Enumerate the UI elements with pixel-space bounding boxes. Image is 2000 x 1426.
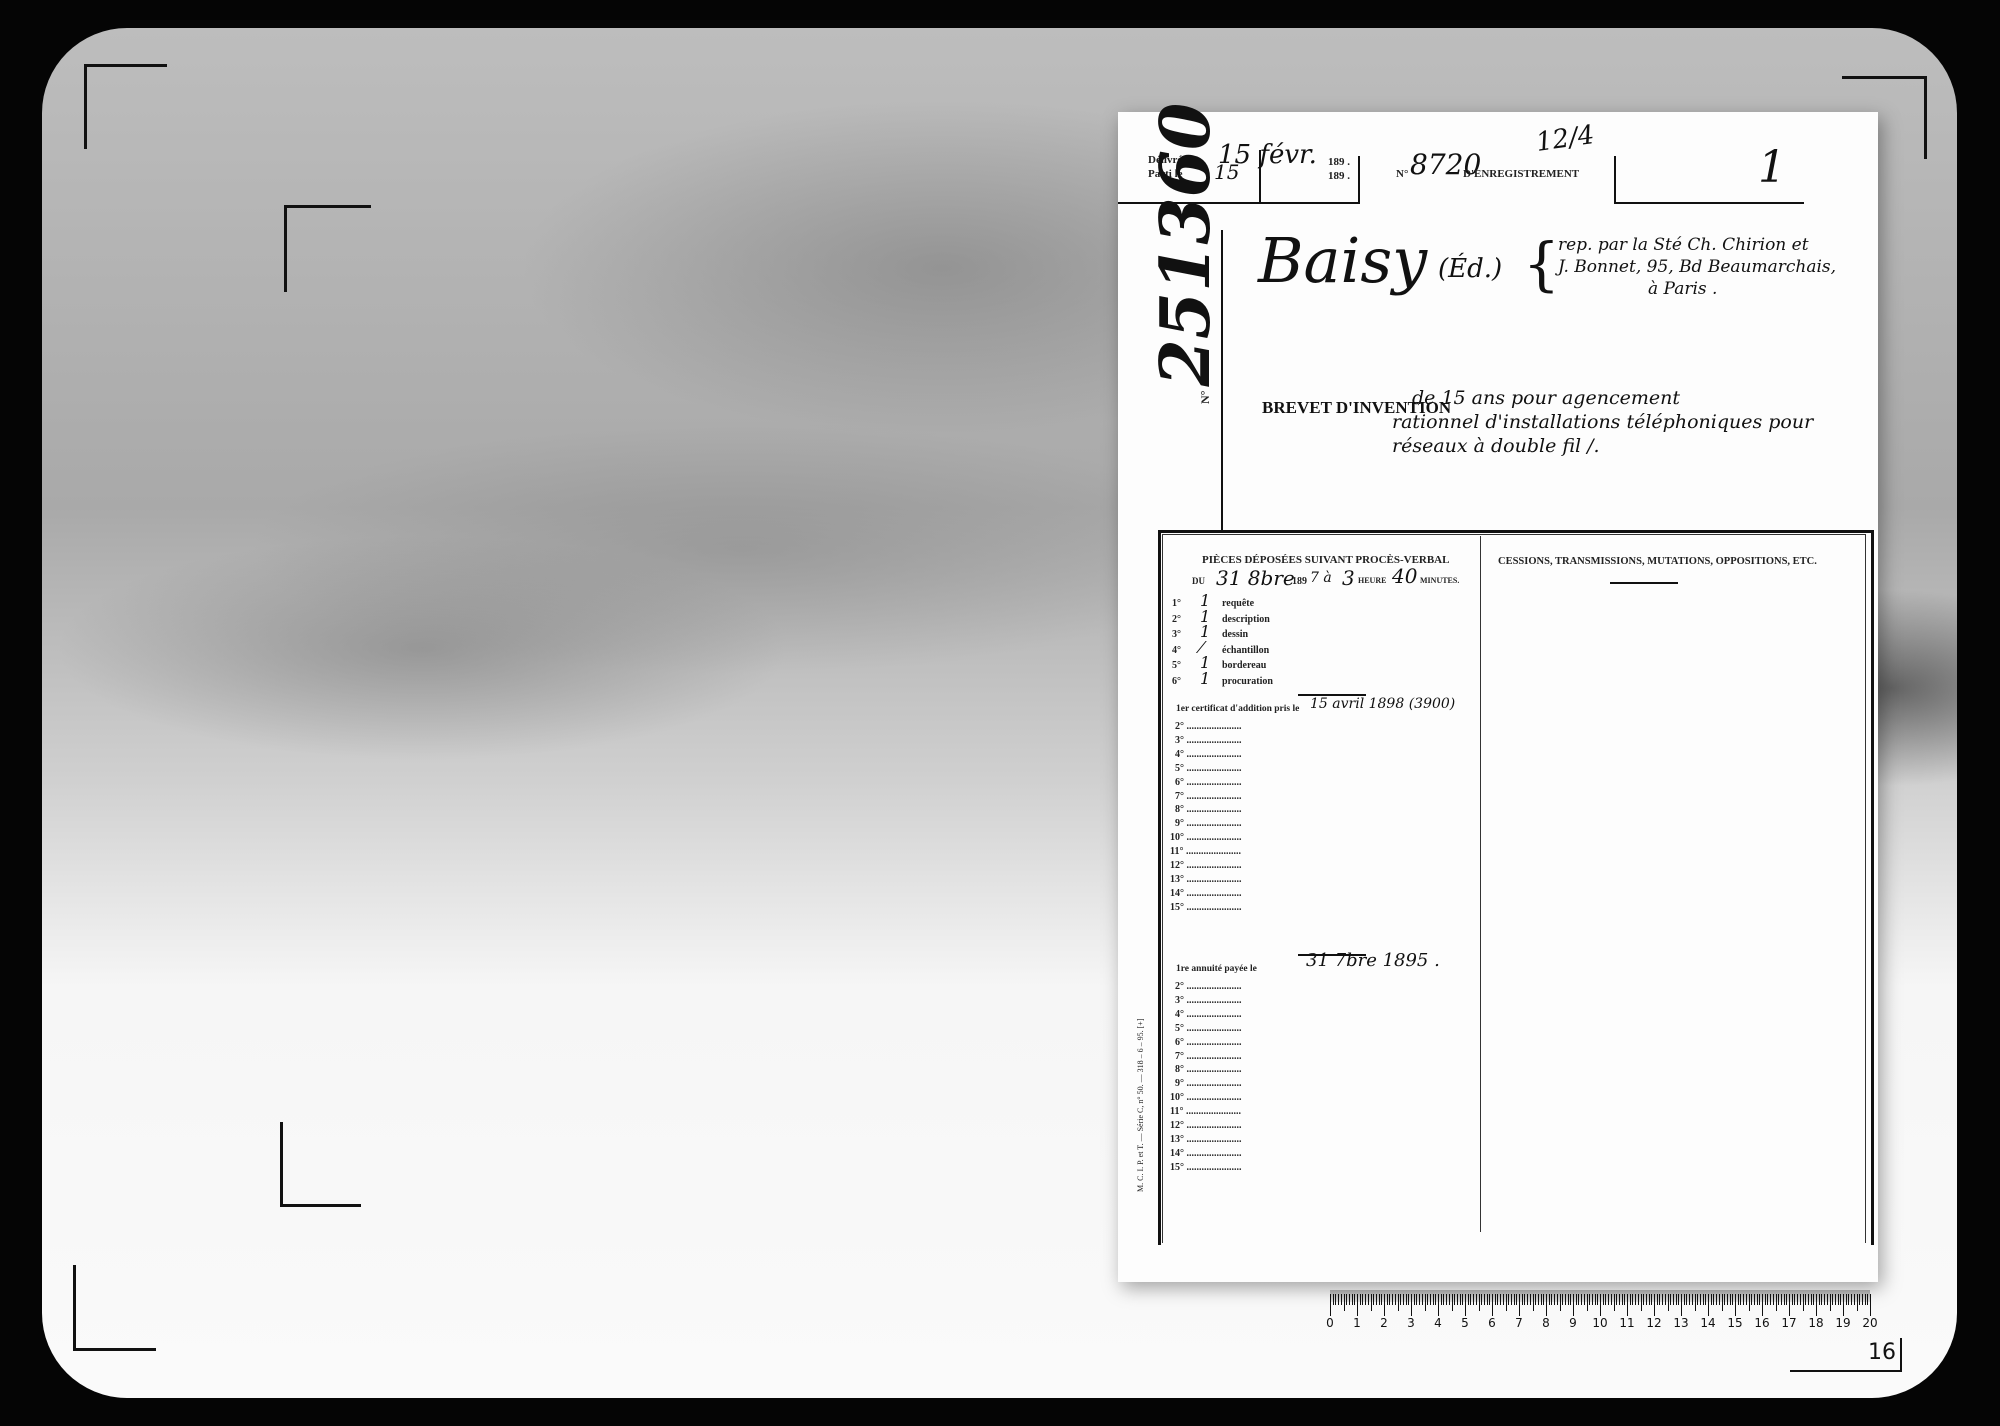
patent-number-block: N° 251360 xyxy=(1146,103,1226,404)
annuity-list: 2° ...................... 3° ...........… xyxy=(1170,980,1242,1175)
piece-num: 1° xyxy=(1172,596,1181,612)
fraction-note: 12/4 xyxy=(1534,120,1596,158)
column-divider xyxy=(1480,536,1481,1232)
annuity-first-label: 1re annuité payée le xyxy=(1176,964,1257,974)
register-frame-inner xyxy=(1162,534,1866,1243)
ruler-label: 7 xyxy=(1515,1316,1523,1330)
piece-label: procuration xyxy=(1222,674,1273,690)
dotted-row: 3° ...................... xyxy=(1170,994,1242,1008)
patent-document: Délivré le 15 févr. 189 . Parti le 15 18… xyxy=(1118,112,1878,1282)
dotted-row: 8° ...................... xyxy=(1170,803,1242,817)
dotted-row: 15° ...................... xyxy=(1170,1161,1242,1175)
dotted-row: 5° ...................... xyxy=(1170,1022,1242,1036)
dotted-row: 6° ...................... xyxy=(1170,776,1242,790)
piece-label: échantillon xyxy=(1222,643,1269,659)
title-line-3: réseaux à double fil /. xyxy=(1392,434,1813,458)
ruler-label: 13 xyxy=(1673,1316,1688,1330)
minutes-label: MINUTES. xyxy=(1420,576,1459,585)
corner-mark-bottom-left-inner xyxy=(280,1122,361,1207)
ruler-label: 5 xyxy=(1461,1316,1469,1330)
ruler-label: 17 xyxy=(1781,1316,1796,1330)
piece-num: 6° xyxy=(1172,674,1181,690)
dotted-row: 6° ...................... xyxy=(1170,1036,1242,1050)
dotted-row: 7° ...................... xyxy=(1170,1050,1242,1064)
ruler-label: 6 xyxy=(1488,1316,1496,1330)
pieces-year: 189 xyxy=(1292,576,1307,587)
corner-mark-top-left-outer xyxy=(84,64,167,149)
certificate-list: 2° ...................... 3° ...........… xyxy=(1170,720,1242,915)
ruler-label: 9 xyxy=(1569,1316,1577,1330)
piece-label: dessin xyxy=(1222,627,1248,643)
corner-mark-top-left-inner xyxy=(284,205,371,292)
dotted-row: 4° ...................... xyxy=(1170,748,1242,762)
ruler-label: 18 xyxy=(1808,1316,1823,1330)
dotted-row: 9° ...................... xyxy=(1170,1077,1242,1091)
ruler-label: 20 xyxy=(1862,1316,1877,1330)
registration-prefix: N° xyxy=(1396,168,1408,180)
patent-number-prefix: N° xyxy=(1198,391,1212,404)
piece-label: requête xyxy=(1222,596,1254,612)
piece-num: 3° xyxy=(1172,627,1181,643)
certificate-first-label: 1er certificat d'addition pris le xyxy=(1176,704,1299,714)
du-label: DU xyxy=(1192,576,1205,586)
pieces-year-suffix: 7 à xyxy=(1310,570,1332,586)
dotted-row: 13° ...................... xyxy=(1170,873,1242,887)
dotted-row: 9° ...................... xyxy=(1170,817,1242,831)
scale-ruler: 01234567891011121314151617181920 xyxy=(1330,1290,1870,1330)
dotted-row: 7° ...................... xyxy=(1170,790,1242,804)
dotted-row: 13° ...................... xyxy=(1170,1133,1242,1147)
holder-brace: { xyxy=(1523,230,1560,298)
ruler-label: 0 xyxy=(1326,1316,1334,1330)
title-line-1: de 15 ans pour agencement xyxy=(1392,386,1813,410)
pieces-date-value: 31 8bre xyxy=(1216,566,1295,590)
representative-line-3: à Paris . xyxy=(1558,278,1836,300)
cessions-rule xyxy=(1610,582,1678,584)
ruler-label: 12 xyxy=(1646,1316,1661,1330)
dotted-row: 10° ...................... xyxy=(1170,831,1242,845)
dotted-row: 4° ...................... xyxy=(1170,1008,1242,1022)
piece-num: 4° xyxy=(1172,643,1181,659)
dotted-row: 14° ...................... xyxy=(1170,1147,1242,1161)
patent-number: 251360 xyxy=(1146,103,1226,387)
dotted-row: 14° ...................... xyxy=(1170,887,1242,901)
ruler-label: 3 xyxy=(1407,1316,1415,1330)
ruler-label: 14 xyxy=(1700,1316,1715,1330)
printer-note: M. C. I. P. et T. — Série C, n° 50. — 31… xyxy=(1136,1019,1145,1192)
header-divider-right xyxy=(1614,156,1616,204)
holder-initials: (Éd.) xyxy=(1438,254,1502,284)
dotted-row: 5° ...................... xyxy=(1170,762,1242,776)
piece-label: bordereau xyxy=(1222,658,1266,674)
corner-mark-bottom-left-outer xyxy=(73,1265,156,1351)
header-rule-right xyxy=(1614,202,1804,204)
piece-label: description xyxy=(1222,612,1270,628)
dotted-row: 3° ...................... xyxy=(1170,734,1242,748)
ruler-label: 15 xyxy=(1727,1316,1742,1330)
ruler-label: 4 xyxy=(1434,1316,1442,1330)
piece-count: 1 xyxy=(1200,671,1210,687)
page-number-box: 16 xyxy=(1790,1338,1902,1372)
left-year: 189 . xyxy=(1328,170,1350,182)
title-line-2: rationnel d'installations téléphoniques … xyxy=(1392,410,1813,434)
dotted-row: 15° ...................... xyxy=(1170,901,1242,915)
folio-number: 1 xyxy=(1758,142,1786,193)
dotted-row: 12° ...................... xyxy=(1170,859,1242,873)
ruler-label: 2 xyxy=(1380,1316,1388,1330)
holder-representative: rep. par la Sté Ch. Chirion et J. Bonnet… xyxy=(1558,234,1836,300)
ruler-label: 19 xyxy=(1835,1316,1850,1330)
ruler-label: 10 xyxy=(1592,1316,1607,1330)
piece-num: 2° xyxy=(1172,612,1181,628)
page-number: 16 xyxy=(1868,1340,1896,1365)
registration-label: D'ENREGISTREMENT xyxy=(1463,168,1579,180)
dotted-row: 10° ...................... xyxy=(1170,1091,1242,1105)
annuity-first-value: 31 7bre 1895 . xyxy=(1306,950,1440,971)
ruler-label: 11 xyxy=(1619,1316,1634,1330)
representative-line-1: rep. par la Sté Ch. Chirion et xyxy=(1558,234,1836,256)
piece-num: 5° xyxy=(1172,658,1181,674)
ruler-label: 8 xyxy=(1542,1316,1550,1330)
dotted-row: 11° ...................... xyxy=(1170,845,1242,859)
certificate-first-value: 15 avril 1898 (3900) xyxy=(1310,696,1455,712)
dotted-row: 12° ...................... xyxy=(1170,1119,1242,1133)
dotted-row: 2° ...................... xyxy=(1170,980,1242,994)
holder-name: Baisy xyxy=(1258,224,1427,297)
ruler-label: 1 xyxy=(1353,1316,1361,1330)
pieces-date-row: DU 31 8bre 189 7 à 3 HEURE 40 MINUTES. xyxy=(1192,570,1482,594)
title-description: de 15 ans pour agencement rationnel d'in… xyxy=(1392,386,1813,458)
pieces-hour-value: 3 xyxy=(1342,566,1355,590)
delivered-year: 189 . xyxy=(1328,156,1350,168)
dotted-row: 11° ...................... xyxy=(1170,1105,1242,1119)
hour-label: HEURE xyxy=(1358,576,1386,585)
dotted-row: 2° ...................... xyxy=(1170,720,1242,734)
pieces-minutes-value: 40 xyxy=(1392,564,1417,588)
cessions-heading: CESSIONS, TRANSMISSIONS, MUTATIONS, OPPO… xyxy=(1498,556,1817,567)
representative-line-2: J. Bonnet, 95, Bd Beaumarchais, xyxy=(1558,256,1836,278)
dotted-row: 8° ...................... xyxy=(1170,1063,1242,1077)
ruler-label: 16 xyxy=(1754,1316,1769,1330)
header-divider-left xyxy=(1358,156,1360,204)
